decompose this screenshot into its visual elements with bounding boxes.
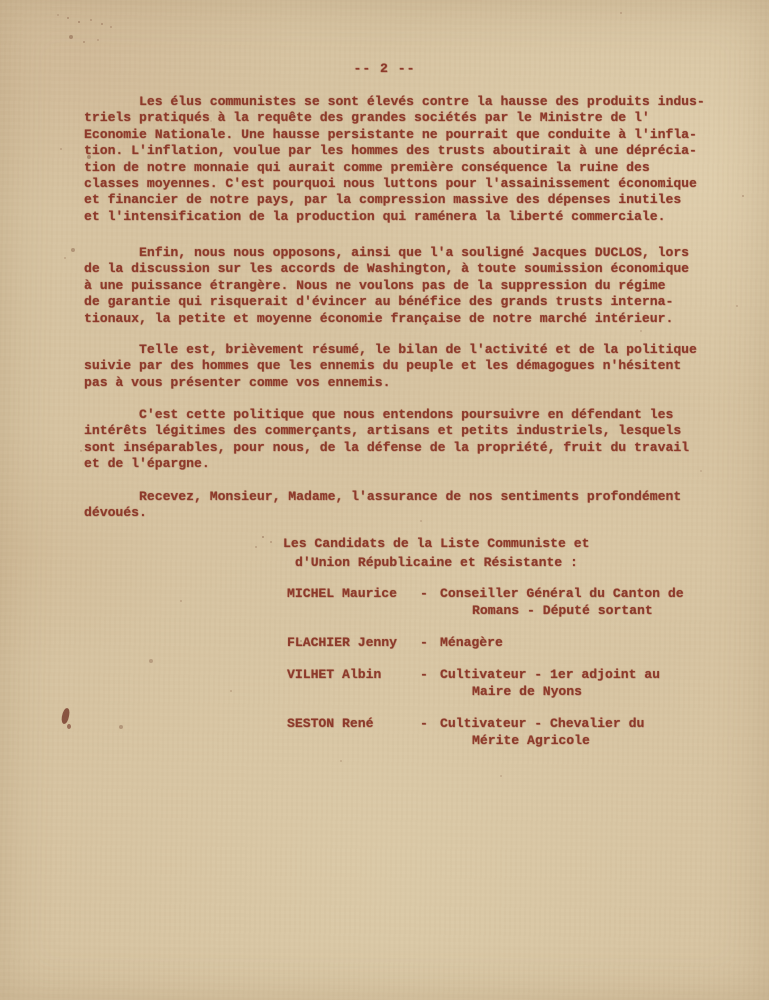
page-number: -- 2 -- <box>0 61 769 76</box>
text-line: Ménagère <box>440 634 503 651</box>
text-line: Conseiller Général du Canton de <box>440 585 684 602</box>
candidate-name: MICHEL Maurice <box>287 585 420 602</box>
text-line: Cultivateur - 1er adjoint au <box>440 666 660 683</box>
paragraph-2: Enfin, nous nous opposons, ainsi que l'a… <box>84 245 689 327</box>
candidate-separator: - <box>420 585 440 602</box>
text-line: et financier de notre pays, par la compr… <box>84 192 705 208</box>
candidate-separator: - <box>420 715 440 732</box>
text-line: C'est cette politique que nous entendons… <box>84 407 689 423</box>
text-line: Recevez, Monsieur, Madame, l'assurance d… <box>84 489 681 505</box>
text-line: tionaux, la petite et moyenne économie f… <box>84 311 689 327</box>
text-line: de la discussion sur les accords de Wash… <box>84 261 689 277</box>
ink-specks <box>0 0 2 2</box>
candidate-separator: - <box>420 666 440 683</box>
text-line: dévoués. <box>84 505 681 521</box>
closing-formula: Recevez, Monsieur, Madame, l'assurance d… <box>84 489 681 522</box>
text-line: suivie par des hommes que les ennemis du… <box>84 358 697 374</box>
candidate-entry: VILHET Albin - Cultivateur - 1er adjoint… <box>287 666 684 700</box>
document-page: -- 2 -- Les élus communistes se sont éle… <box>0 0 769 1000</box>
candidates-list: MICHEL Maurice - Conseiller Général du C… <box>287 585 684 749</box>
signature-heading: Les Candidats de la Liste Communiste et … <box>283 534 589 572</box>
candidate-name: VILHET Albin <box>287 666 420 683</box>
text-line: Mérite Agricole <box>440 732 644 749</box>
paragraph-1: Les élus communistes se sont élevés cont… <box>84 94 705 225</box>
candidate-description: Ménagère <box>440 634 503 651</box>
text-line: tion de notre monnaie qui aurait comme p… <box>84 160 705 176</box>
text-line: Romans - Député sortant <box>440 602 684 619</box>
text-line: pas à vous présenter comme vos ennemis. <box>84 375 697 391</box>
candidate-separator: - <box>420 634 440 651</box>
ink-blot <box>61 708 70 725</box>
candidate-description: Cultivateur - Chevalier du Mérite Agrico… <box>440 715 644 749</box>
text-line: Cultivateur - Chevalier du <box>440 715 644 732</box>
paragraph-3: Telle est, brièvement résumé, le bilan d… <box>84 342 697 391</box>
text-line: classes moyennes. C'est pourquoi nous lu… <box>84 176 705 192</box>
candidate-name: FLACHIER Jenny <box>287 634 420 651</box>
candidate-description: Cultivateur - 1er adjoint au Maire de Ny… <box>440 666 660 700</box>
ink-blot-small <box>67 724 71 729</box>
candidate-entry: MICHEL Maurice - Conseiller Général du C… <box>287 585 684 619</box>
text-line: sont inséparables, pour nous, de la défe… <box>84 440 689 456</box>
text-line: à une puissance étrangère. Nous ne voulo… <box>84 278 689 294</box>
text-line: Les élus communistes se sont élevés cont… <box>84 94 705 110</box>
text-line: triels pratiqués à la requête des grande… <box>84 110 705 126</box>
candidate-description: Conseiller Général du Canton de Romans -… <box>440 585 684 619</box>
text-line: de garantie qui risquerait d'évincer au … <box>84 294 689 310</box>
candidate-name: SESTON René <box>287 715 420 732</box>
text-line: d'Union Républicaine et Résistante : <box>283 553 589 572</box>
text-line: Les Candidats de la Liste Communiste et <box>283 534 589 553</box>
text-line: intérêts légitimes des commerçants, arti… <box>84 423 689 439</box>
text-line: et l'intensification de la production qu… <box>84 209 705 225</box>
paragraph-4: C'est cette politique que nous entendons… <box>84 407 689 473</box>
text-line: Economie Nationale. Une hausse persistan… <box>84 127 705 143</box>
text-line: et de l'épargne. <box>84 456 689 472</box>
candidate-entry: SESTON René - Cultivateur - Chevalier du… <box>287 715 684 749</box>
text-line: Telle est, brièvement résumé, le bilan d… <box>84 342 697 358</box>
text-line: Enfin, nous nous opposons, ainsi que l'a… <box>84 245 689 261</box>
text-line: Maire de Nyons <box>440 683 660 700</box>
text-line: tion. L'inflation, voulue par les hommes… <box>84 143 705 159</box>
candidate-entry: FLACHIER Jenny - Ménagère <box>287 634 684 651</box>
